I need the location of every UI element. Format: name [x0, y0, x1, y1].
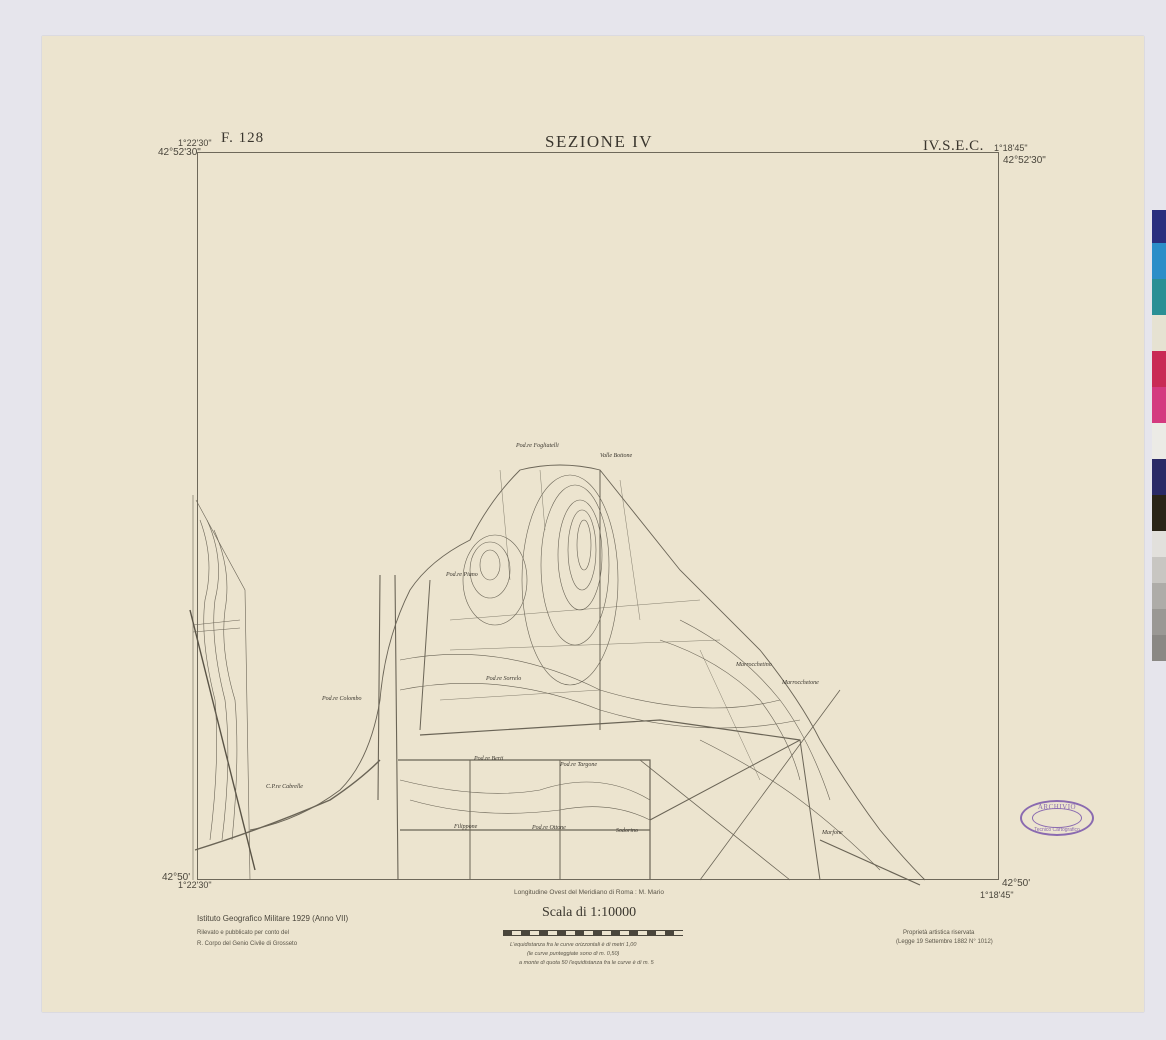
- place-label: Pod.re Piano: [446, 572, 478, 578]
- color-swatch: [1152, 279, 1166, 315]
- place-label: Pod.re Colombo: [322, 696, 361, 702]
- place-label: C.P.re Cabrelle: [266, 784, 303, 790]
- color-swatch: [1152, 635, 1166, 661]
- stamp-top-text: ARCHIVIO: [1022, 803, 1092, 811]
- color-swatch: [1152, 210, 1166, 243]
- rights-note-1: Proprietà artistica riservata: [903, 930, 974, 936]
- place-label: Filippone: [454, 824, 477, 830]
- color-swatch: [1152, 459, 1166, 495]
- place-label: Valle Bottone: [600, 453, 632, 459]
- publisher: Istituto Geografico Militare 1929 (Anno …: [197, 914, 348, 923]
- color-calibration-strip: [1152, 210, 1166, 661]
- color-swatch: [1152, 557, 1166, 583]
- place-label: Sodorino: [616, 828, 638, 834]
- color-swatch: [1152, 387, 1166, 423]
- place-label: Pod.re Targone: [560, 762, 597, 768]
- scale-title: Scala di 1:10000: [542, 905, 636, 921]
- publisher-sub-2: R. Corpo del Genio Civile di Grosseto: [197, 941, 297, 947]
- publisher-sub-1: Rilevato e pubblicato per conto del: [197, 930, 289, 936]
- equidistance-note-1: L'equidistanza fra le curve orizzontali …: [510, 942, 636, 948]
- place-label: Pod.re Ottone: [532, 825, 566, 831]
- place-label: Marrocchetone: [782, 680, 819, 686]
- meridian-note: Longitudine Ovest del Meridiano di Roma …: [514, 889, 664, 896]
- color-swatch: [1152, 351, 1166, 387]
- color-swatch: [1152, 495, 1166, 531]
- color-swatch: [1152, 609, 1166, 635]
- equidistance-note-3: a monte di quota 50 l'equidistanza fra l…: [519, 960, 654, 966]
- stamp-bottom-text: Tecnico Cartografico: [1022, 827, 1092, 833]
- color-swatch: [1152, 315, 1166, 351]
- rights-note-2: (Legge 19 Settembre 1882 N° 1012): [896, 939, 993, 945]
- color-swatch: [1152, 583, 1166, 609]
- equidistance-note-2: (le curve punteggiate sono di m. 0,50): [527, 951, 619, 957]
- color-swatch: [1152, 531, 1166, 557]
- place-label: Pod.re Sorrelo: [486, 676, 521, 682]
- place-label: Marrocchetino: [736, 662, 772, 668]
- place-label: Marfone: [822, 830, 843, 836]
- place-label: Pod.re Berti: [474, 756, 503, 762]
- color-swatch: [1152, 423, 1166, 459]
- scale-bar: [503, 930, 683, 936]
- terrain-drawing: [0, 0, 1166, 1040]
- archive-stamp: ARCHIVIO Tecnico Cartografico: [1020, 800, 1094, 836]
- place-label: Pod.re Fogliatelli: [516, 443, 559, 449]
- color-swatch: [1152, 243, 1166, 279]
